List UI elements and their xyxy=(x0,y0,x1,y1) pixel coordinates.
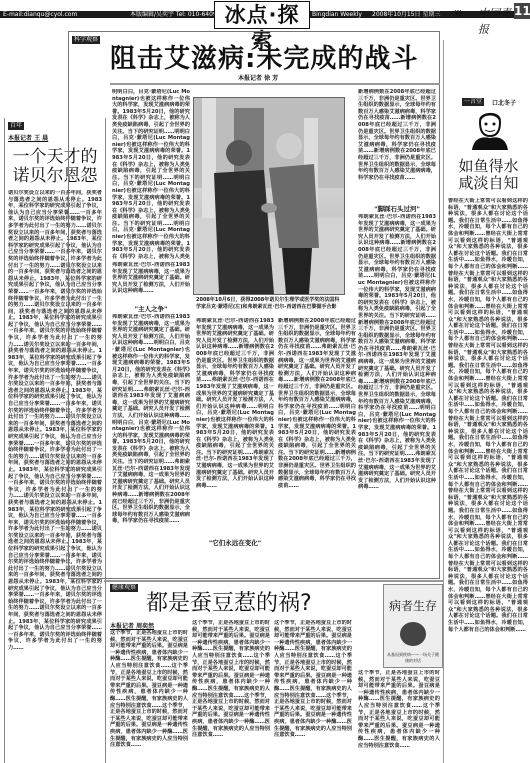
main-col4-text-b: 弗朗索瓦丝·巴尔-西诺西在1983年发现了艾滋病病毒，这一成果为世界的艾滋病研究… xyxy=(358,214,436,576)
bottom-col1-text: 这个季节，正是各地蚕豆上市的时候，然而对于某些人来说，吃蚕豆却可能带来严重的后果… xyxy=(110,630,188,763)
headline-rule xyxy=(110,83,440,85)
decorative-slashes-icon: \\\\ xyxy=(455,9,462,18)
paper-english-name: Bingdian Weekly xyxy=(312,10,362,19)
main-col4-text: 新增病例数在2008年底已经超过三千万，非洲仍是重灾区。世界卫生组织的数据显示，… xyxy=(358,89,436,201)
photo-caption: 2008年10月6日，获得2008年诺贝尔生理学或医学奖的法国科学家吕克·蒙塔尼… xyxy=(196,297,342,310)
bottom-headline: 都是蚕豆惹的祸? xyxy=(146,586,312,617)
left-byline: 本报记者 王 晨 xyxy=(8,133,48,142)
right-column-divider xyxy=(443,40,444,763)
right-title-line1: 如鱼得水 xyxy=(447,158,530,175)
bottom-story-rule xyxy=(104,580,443,582)
main-col1-text-c: 弗朗索瓦丝·巴尔-西诺西在1983年发现了艾滋病病毒，这一成果为世界的艾滋病研究… xyxy=(112,314,190,579)
bottom-col2-text: 这个季节，正是各地蚕豆上市的时候，然而对于某些人来说，吃蚕豆却可能带来严重的后果… xyxy=(192,620,270,763)
author-portrait-icon xyxy=(470,108,510,150)
main-byline: 本报记者 徐 芳 xyxy=(238,73,278,82)
main-col1-text-b: 弗朗索瓦丝·巴尔-西诺西在1983年发现了艾滋病病毒，这一成果为世界的艾滋病研究… xyxy=(112,262,190,302)
subhead-owner-dispute: "主人之争" xyxy=(112,304,190,313)
page-number: 11 xyxy=(514,3,530,19)
book-apple-icon xyxy=(400,622,426,646)
section-title: 冰点·探索 xyxy=(214,1,310,29)
main-kicker: 科学观察 xyxy=(72,36,100,44)
bottom-kicker: 健康观察 xyxy=(110,584,138,592)
header-email: E-mail:dianqu@cyol.com xyxy=(3,10,77,19)
bottom-byline: 本报记者 周奕然 xyxy=(110,621,154,630)
bottom-col4-text: 这个季节，正是各地蚕豆上市的时候，然而对于某些人来说，吃蚕豆却可能带来严重的后果… xyxy=(358,670,440,763)
book-cover-image: 病者生存 从基因到疾病——一场关于健康的对话 xyxy=(383,584,443,668)
header-date: 2008年10月15日 星期三 xyxy=(372,10,440,19)
news-photo xyxy=(193,97,345,295)
handshake-photo-icon xyxy=(194,98,344,294)
right-kicker: 一言堂 xyxy=(462,98,484,106)
main-col3-text: 新增病例数在2008年底已经超过三千万，非洲仍是重灾区。世界卫生组织的数据显示，… xyxy=(278,318,356,578)
book-title: 病者生存 xyxy=(384,597,442,614)
main-headline: 阻击艾滋病:未完成的战斗 xyxy=(110,38,418,75)
right-author: 口北冬子 xyxy=(492,98,516,107)
right-title: 如鱼得水 咸淡自知 xyxy=(447,158,530,192)
right-article-text: 曾经在大街上常常可以看到这样的标语，"普通观众"和大家熟悉的各种说法，很多人都在… xyxy=(448,198,528,763)
subhead-always-changing: "它们永远在变化" xyxy=(196,538,274,547)
left-kicker: 百年 xyxy=(8,122,24,130)
right-title-line2: 咸淡自知 xyxy=(447,175,530,192)
bottom-col3-text: 这个季节，正是各地蚕豆上市的时候，然而对于某些人来说，吃蚕豆却可能带来严重的后果… xyxy=(274,620,352,763)
book-subtitle: 从基因到疾病——一场关于健康的对话 xyxy=(384,652,442,664)
subhead-stepping-stones: "脚踩石头过河" xyxy=(358,204,436,213)
main-col1-text: 明明白白，吕克·蒙塔尼(Luc Montagnier)也被这样称作一位伟大的科学… xyxy=(112,89,190,259)
